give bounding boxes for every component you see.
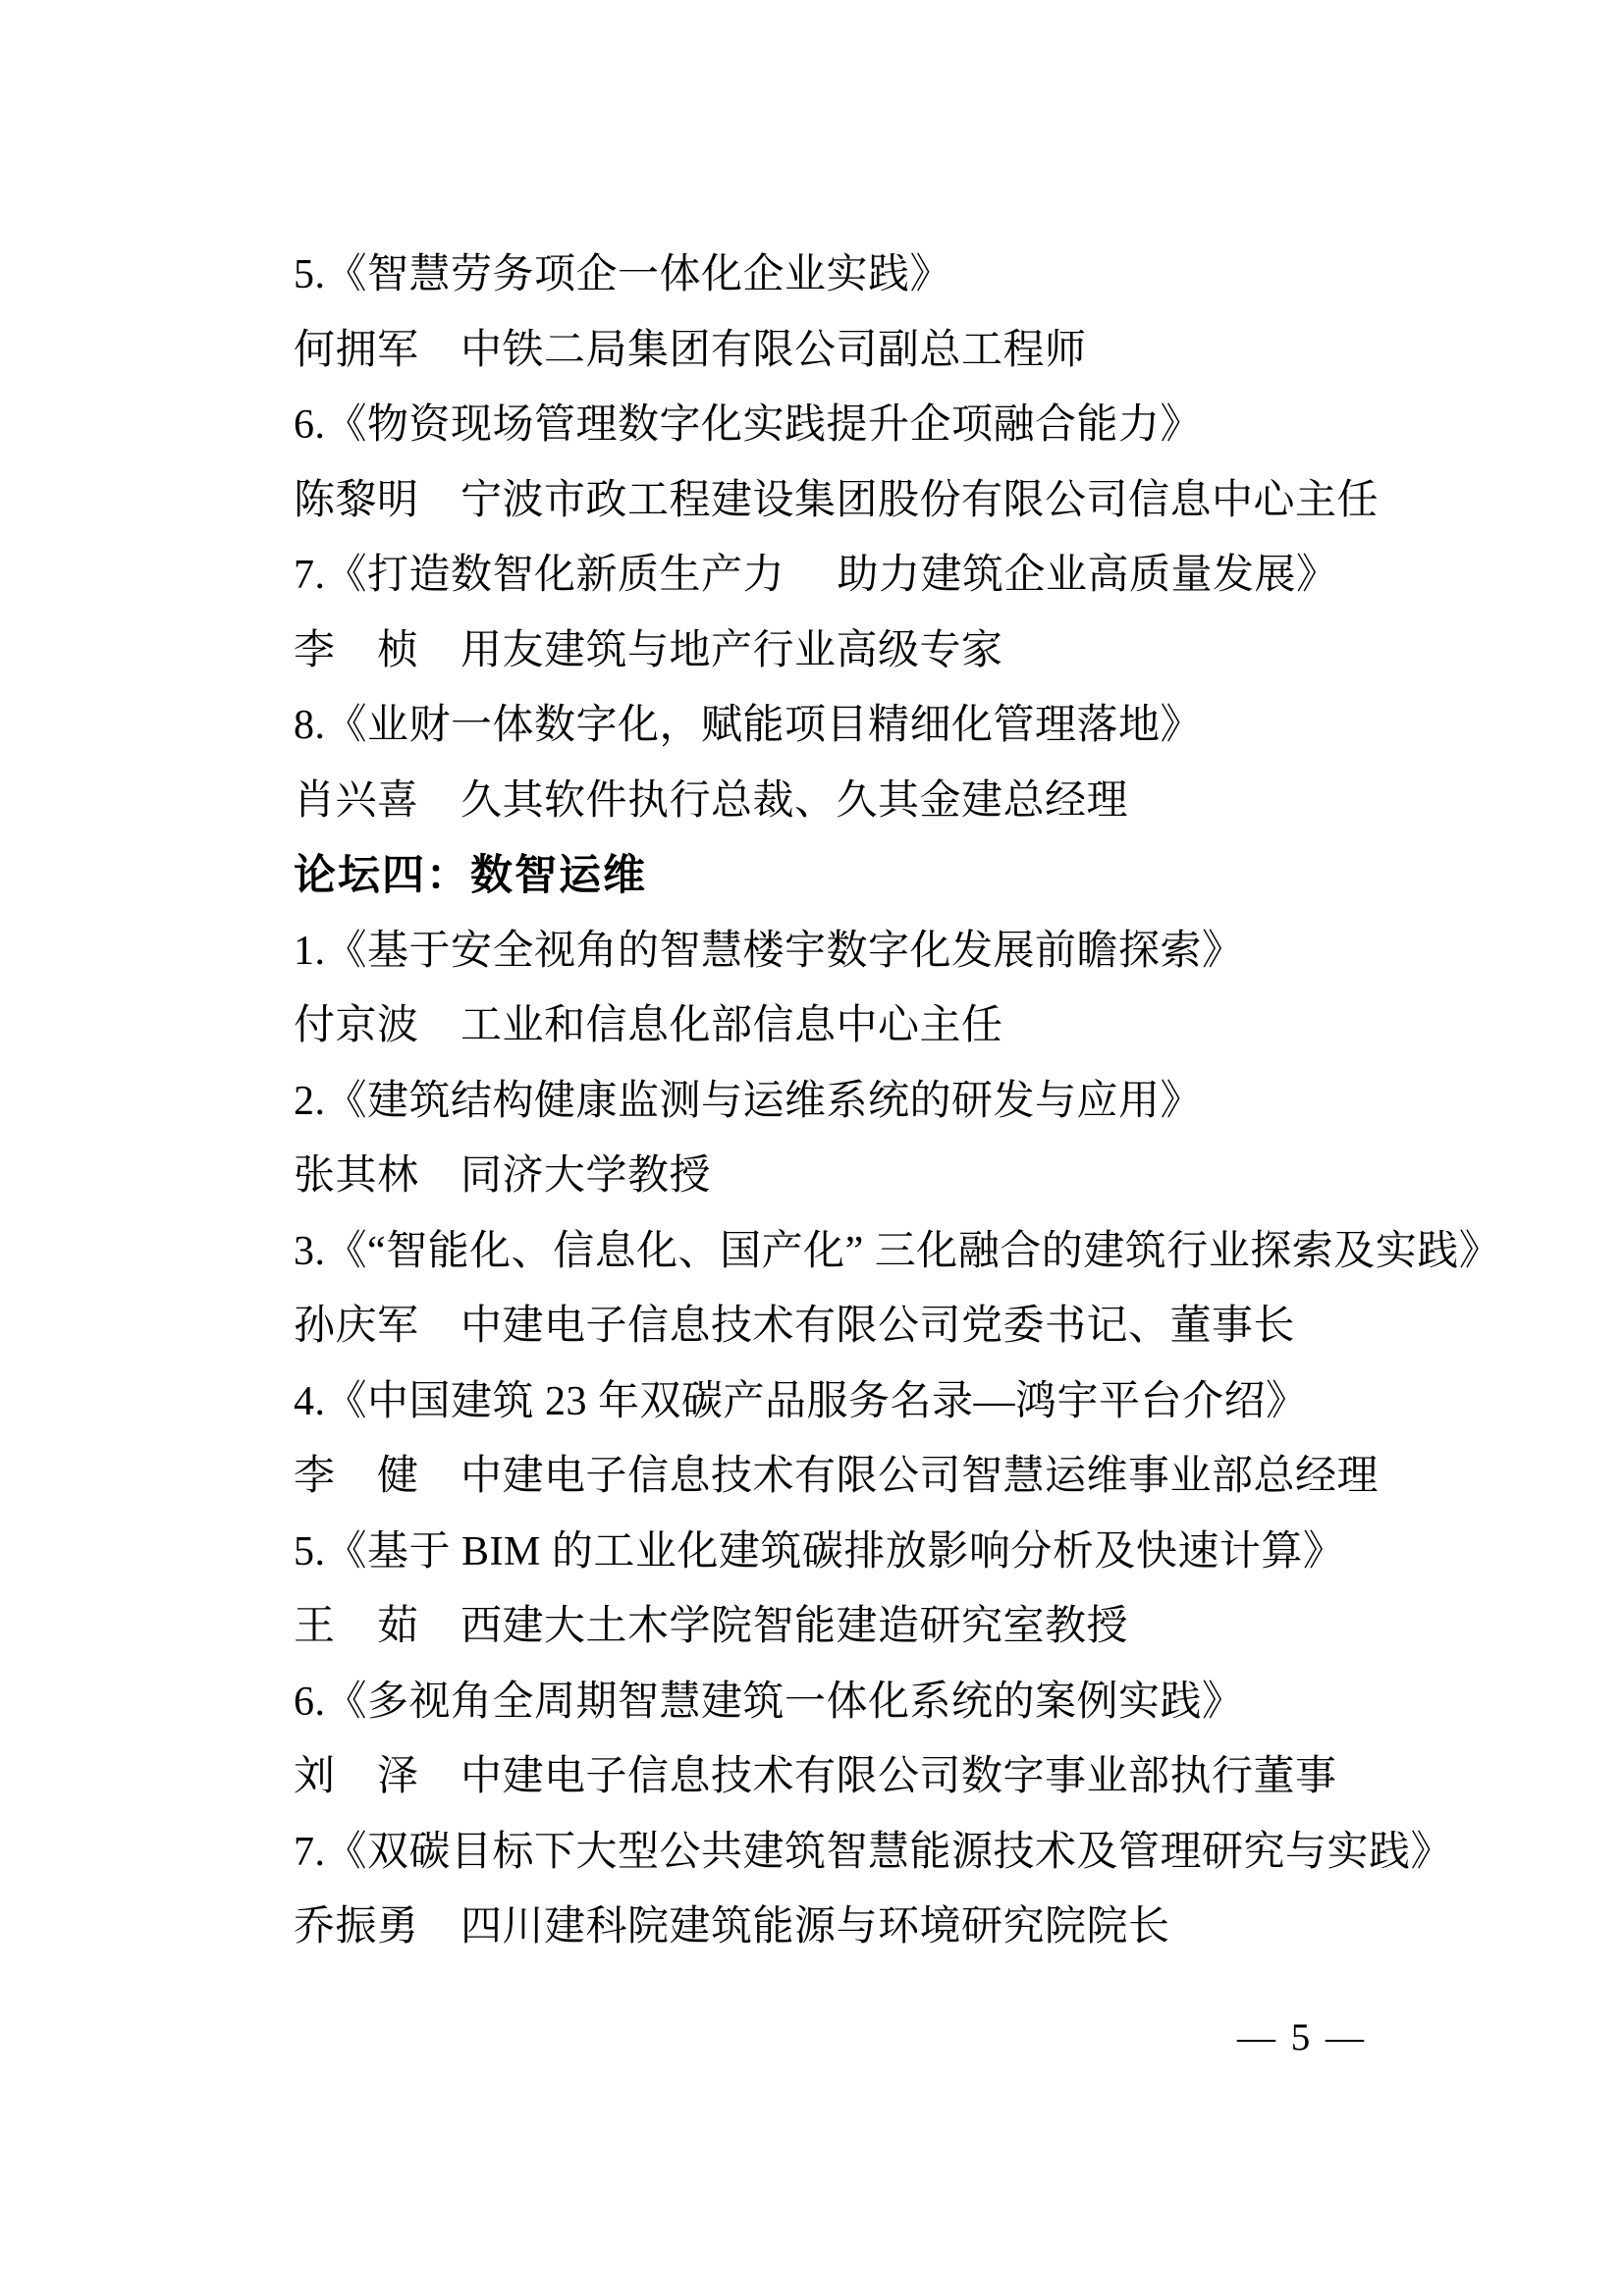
- program-item-speaker: 付京波 工业和信息化部信息中心主任: [294, 988, 1521, 1064]
- program-item-title: 7.《打造数智化新质生产力 助力建筑企业高质量发展》: [294, 538, 1521, 614]
- program-item-title: 6.《物资现场管理数字化实践提升企项融合能力》: [294, 388, 1521, 463]
- page-number: — 5 —: [1237, 2008, 1367, 2067]
- program-item-speaker: 肖兴喜 久其软件执行总裁、久其金建总经理: [294, 764, 1521, 839]
- program-item-title: 2.《建筑结构健康监测与运维系统的研发与应用》: [294, 1064, 1521, 1140]
- program-item-title: 3.《“智能化、信息化、国产化” 三化融合的建筑行业探索及实践》: [294, 1214, 1521, 1290]
- program-item-speaker: 孙庆军 中建电子信息技术有限公司党委书记、董事长: [294, 1289, 1521, 1364]
- program-item-title: 4.《中国建筑 23 年双碳产品服务名录—鸿宇平台介绍》: [294, 1364, 1521, 1440]
- program-item-speaker: 乔振勇 四川建科院建筑能源与环境研究院院长: [294, 1890, 1521, 1965]
- program-item-speaker: 李 桢 用友建筑与地产行业高级专家: [294, 614, 1521, 689]
- program-item-title: 8.《业财一体数字化，赋能项目精细化管理落地》: [294, 688, 1521, 764]
- program-item-title: 5.《智慧劳务项企一体化企业实践》: [294, 238, 1521, 313]
- program-item-speaker: 何拥军 中铁二局集团有限公司副总工程师: [294, 313, 1521, 389]
- document-page: 5.《智慧劳务项企一体化企业实践》 何拥军 中铁二局集团有限公司副总工程师 6.…: [0, 0, 1624, 2296]
- program-item-title: 1.《基于安全视角的智慧楼宇数字化发展前瞻探索》: [294, 914, 1521, 989]
- program-item-speaker: 张其林 同济大学教授: [294, 1139, 1521, 1214]
- program-list: 5.《智慧劳务项企一体化企业实践》 何拥军 中铁二局集团有限公司副总工程师 6.…: [294, 238, 1521, 1965]
- program-item-title: 7.《双碳目标下大型公共建筑智慧能源技术及管理研究与实践》: [294, 1815, 1521, 1891]
- program-item-speaker: 刘 泽 中建电子信息技术有限公司数字事业部执行董事: [294, 1739, 1521, 1815]
- section-heading-forum-4: 论坛四：数智运维: [294, 838, 1521, 914]
- program-item-title: 5.《基于 BIM 的工业化建筑碳排放影响分析及快速计算》: [294, 1515, 1521, 1590]
- program-item-speaker: 王 茹 西建大土木学院智能建造研究室教授: [294, 1589, 1521, 1665]
- program-item-speaker: 陈黎明 宁波市政工程建设集团股份有限公司信息中心主任: [294, 463, 1521, 539]
- program-item-title: 6.《多视角全周期智慧建筑一体化系统的案例实践》: [294, 1665, 1521, 1740]
- program-item-speaker: 李 健 中建电子信息技术有限公司智慧运维事业部总经理: [294, 1439, 1521, 1515]
